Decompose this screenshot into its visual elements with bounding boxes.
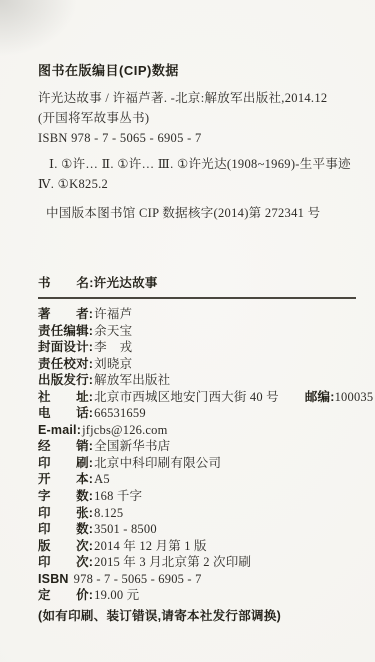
- row-value: 刘晓京: [94, 357, 132, 371]
- row-label: 电 话:: [38, 406, 93, 420]
- row-label: 字 数:: [38, 489, 93, 503]
- row-label: 封面设计:: [38, 340, 93, 354]
- row-value: 全国新华书店: [94, 439, 170, 453]
- colophon-row-impression: 印 次:2015 年 3 月北京第 2 次印刷: [38, 554, 356, 571]
- colophon-row-publisher: 出版发行:解放军出版社: [38, 372, 356, 389]
- row-label: ISBN: [38, 572, 69, 586]
- cip-data-section: 图书在版编目(CIP)数据 许光达故事 / 许福芦著. -北京:解放军出版社,2…: [38, 60, 357, 223]
- scanned-copyright-page: 图书在版编目(CIP)数据 许光达故事 / 许福芦著. -北京:解放军出版社,2…: [0, 0, 375, 662]
- book-title-value: 许光达故事: [94, 276, 158, 290]
- colophon-row-price: 定 价:19.00 元: [38, 587, 356, 604]
- colophon-row-email: E-mail:jfjcbs@126.com: [38, 422, 356, 439]
- row-label: E-mail:: [38, 423, 81, 437]
- row-value: 余天宝: [94, 324, 132, 338]
- colophon-row-phone: 电 话:66531659: [38, 405, 356, 422]
- colophon-row-edition: 版 次:2014 年 12 月第 1 版: [38, 538, 356, 555]
- row-label: 责任编辑:: [38, 324, 93, 338]
- row-value: 8.125: [94, 506, 123, 520]
- colophon-section: 书 名:许光达故事 著 者:许福芦 责任编辑:余天宝 封面设计:李 戎 责任校对…: [38, 276, 356, 624]
- colophon-row-word-count: 字 数:168 千字: [38, 488, 356, 505]
- row-label: 印 次:: [38, 555, 93, 569]
- cip-registry-line: 中国版本图书馆 CIP 数据核字(2014)第 272341 号: [38, 203, 357, 223]
- cip-isbn-line: ISBN 978 - 7 - 5065 - 6905 - 7: [38, 128, 357, 148]
- postal-code-value: 100035: [335, 390, 374, 404]
- row-value: 解放军出版社: [94, 373, 170, 387]
- cip-series-line: (开国将军故事丛书): [38, 108, 357, 128]
- row-label: 责任校对:: [38, 357, 93, 371]
- colophon-row-isbn: ISBN978 - 7 - 5065 - 6905 - 7: [38, 571, 356, 588]
- classification-line-1: Ⅰ. ①许… Ⅱ. ①许… Ⅲ. ①许光达(1908~1969)-生平事迹: [38, 154, 357, 174]
- row-value: 66531659: [94, 406, 146, 420]
- cip-classification: Ⅰ. ①许… Ⅱ. ①许… Ⅲ. ①许光达(1908~1969)-生平事迹 Ⅳ.…: [38, 154, 357, 194]
- colophon-row-printer: 印 刷:北京中科印刷有限公司: [38, 455, 356, 472]
- colophon-row-cover-design: 封面设计:李 戎: [38, 339, 356, 356]
- row-value: 978 - 7 - 5065 - 6905 - 7: [74, 572, 202, 586]
- postal-code-label: 邮编:: [305, 390, 335, 404]
- colophon-row-format: 开 本:A5: [38, 471, 356, 488]
- row-label: 社 址:: [38, 390, 93, 404]
- book-title-row: 书 名:许光达故事: [38, 276, 356, 299]
- row-value: 2015 年 3 月北京第 2 次印刷: [94, 555, 251, 569]
- row-label: 经 销:: [38, 439, 93, 453]
- cip-bibliographic-line: 许光达故事 / 许福芦著. -北京:解放军出版社,2014.12: [38, 88, 357, 108]
- row-label: 版 次:: [38, 539, 93, 553]
- row-label: 印 数:: [38, 522, 93, 536]
- colophon-rows: 著 者:许福芦 责任编辑:余天宝 封面设计:李 戎 责任校对:刘晓京 出版发行:…: [38, 306, 356, 604]
- colophon-row-editor: 责任编辑:余天宝: [38, 323, 356, 340]
- row-label: 开 本:: [38, 472, 93, 486]
- colophon-row-proofreader: 责任校对:刘晓京: [38, 356, 356, 373]
- row-value: jfjcbs@126.com: [82, 423, 167, 437]
- cip-heading: 图书在版编目(CIP)数据: [38, 60, 357, 79]
- row-value: A5: [94, 472, 110, 486]
- book-title-label: 书 名:: [38, 276, 94, 290]
- row-value: 19.00 元: [94, 588, 139, 602]
- row-label: 印 张:: [38, 506, 93, 520]
- row-value: 北京市西城区地安门西大街 40 号: [94, 390, 279, 404]
- classification-line-2: Ⅳ. ①K825.2: [38, 174, 357, 194]
- colophon-row-author: 著 者:许福芦: [38, 306, 356, 323]
- row-label: 印 刷:: [38, 456, 93, 470]
- colophon-row-distribution: 经 销:全国新华书店: [38, 438, 356, 455]
- row-label: 定 价:: [38, 588, 93, 602]
- row-label: 著 者:: [38, 307, 93, 321]
- row-value: 北京中科印刷有限公司: [94, 456, 221, 470]
- colophon-row-sheets: 印 张:8.125: [38, 505, 356, 522]
- row-value: 许福芦: [94, 307, 132, 321]
- postal-code: 邮编:100035: [305, 390, 373, 404]
- row-value: 李 戎: [94, 340, 132, 354]
- errata-note: (如有印刷、装订错误,请寄本社发行部调换): [38, 608, 356, 625]
- row-value: 168 千字: [94, 489, 142, 503]
- row-value: 2014 年 12 月第 1 版: [94, 539, 207, 553]
- colophon-row-print-run: 印 数:3501 - 8500: [38, 521, 356, 538]
- row-label: 出版发行:: [38, 373, 93, 387]
- colophon-row-address: 社 址:北京市西城区地安门西大街 40 号邮编:100035: [38, 389, 356, 406]
- row-value: 3501 - 8500: [94, 522, 157, 536]
